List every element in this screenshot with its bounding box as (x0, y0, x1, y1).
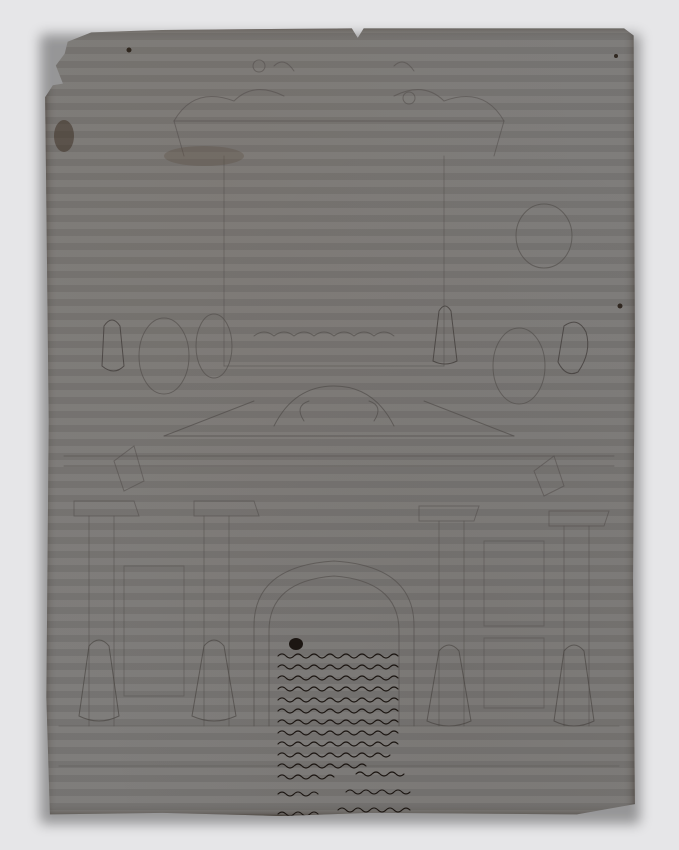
figures (102, 306, 588, 374)
handwritten-note (276, 648, 414, 823)
pediment (164, 386, 514, 436)
manuscript-sheet (44, 26, 636, 816)
entablature (64, 446, 614, 526)
stains (54, 48, 623, 309)
top-crest (174, 60, 504, 156)
cartouches (139, 204, 572, 404)
